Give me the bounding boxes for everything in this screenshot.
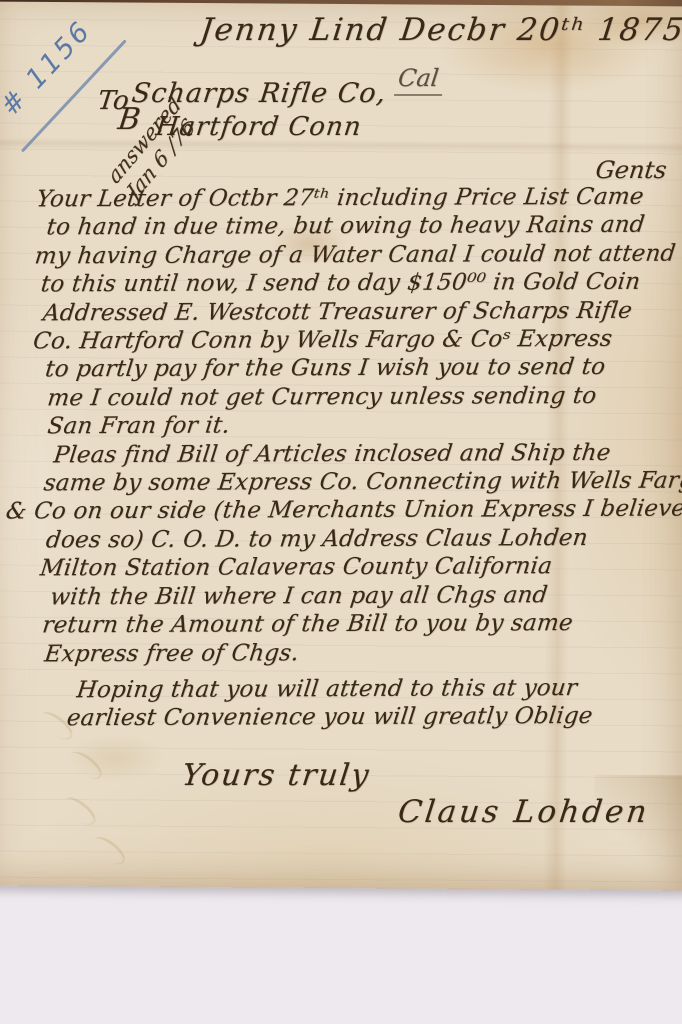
- dateline: Jenny Lind Decbr 20ᵗʰ 1875–: [198, 12, 682, 48]
- body-line: to partly pay for the Guns I wish you to…: [30, 353, 681, 384]
- address-state-note: Cal: [394, 64, 446, 96]
- body-line: Express free of Chgs.: [31, 637, 682, 668]
- body-line: my having Charge of a Water Canal I coul…: [29, 239, 680, 270]
- address-flourish: B: [116, 102, 142, 137]
- body-line: Addressed E. Westcott Treasurer of Schar…: [29, 296, 680, 327]
- address-company: Scharps Rifle Co,: [130, 78, 388, 109]
- body-line: to hand in due time, but owing to heavy …: [29, 211, 680, 242]
- body-line: same by some Express Co. Connecting with…: [30, 467, 681, 498]
- signature: Claus Lohden: [396, 794, 652, 830]
- bleed-squiggle: [36, 707, 77, 745]
- body-line: does so) C. O. D. to my Address Claus Lo…: [30, 523, 681, 554]
- scanned-letter-page: # 1156 answered Jan 6 /76 Jenny Lind Dec…: [0, 0, 682, 1024]
- body-line: Pleas find Bill of Articles inclosed and…: [30, 438, 681, 469]
- letter-content: # 1156 answered Jan 6 /76 Jenny Lind Dec…: [0, 0, 682, 1024]
- body-line: with the Bill where I can pay all Chgs a…: [31, 580, 682, 611]
- body-line: Your Letter of Octbr 27ᵗʰ including Pric…: [29, 183, 680, 214]
- body-line: to this until now, I send to day $150⁰⁰ …: [29, 268, 680, 299]
- bleed-squiggle: [59, 792, 100, 830]
- body-line: San Fran for it.: [30, 410, 681, 441]
- body-line: me I could not get Currency unless sendi…: [30, 381, 681, 412]
- file-number-annotation: # 1156: [0, 15, 98, 122]
- body-line: & Co on our side (the Merchants Union Ex…: [4, 495, 681, 526]
- body-line: return the Amount of the Bill to you by …: [31, 609, 682, 640]
- body-line: Milton Station Calaveras County Californ…: [31, 552, 682, 583]
- salutation: Gents: [594, 156, 668, 184]
- bleed-squiggle: [65, 747, 106, 785]
- closing: Yours truly: [180, 758, 372, 793]
- letter-body: Your Letter of Octbr 27ᵗʰ including Pric…: [29, 183, 679, 734]
- bleed-squiggle: [88, 832, 129, 870]
- body-line: Co. Hartford Conn by Wells Fargo & Coˢ E…: [30, 325, 681, 356]
- address-city: Hartford Conn: [154, 112, 363, 142]
